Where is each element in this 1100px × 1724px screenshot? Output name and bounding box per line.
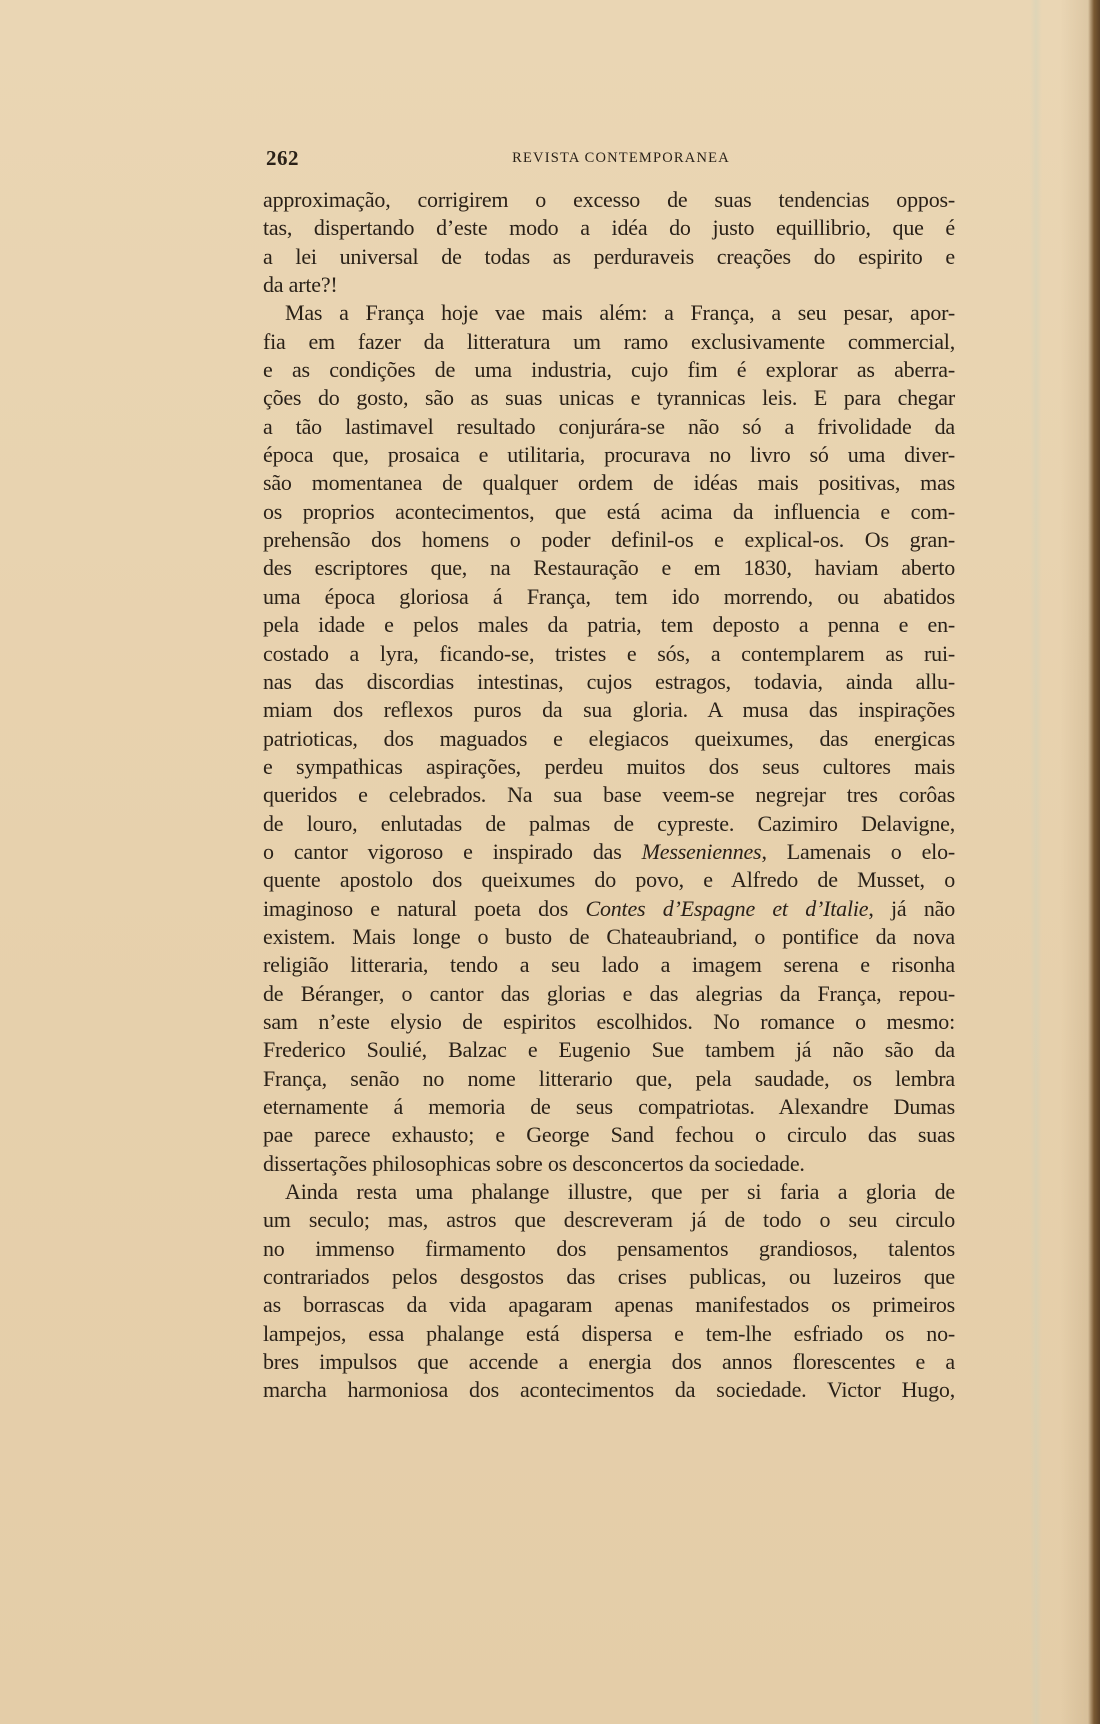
text-line: sam n’este elysio de espiritos escolhido… [263,1008,955,1036]
text-line: da arte?! [263,271,955,299]
page-fold-shadow [1030,0,1042,1724]
text-line: imaginoso e natural poeta dos Contes d’E… [263,895,955,923]
text-line: miam dos reflexos puros da sua gloria. A… [263,696,955,724]
text-line: Frederico Soulié, Balzac e Eugenio Sue t… [263,1036,955,1064]
text-segment: , já não [868,896,955,921]
text-line: de louro, enlutadas de palmas de cyprest… [263,810,955,838]
italic-title: Messeniennes [642,839,762,864]
text-line: a lei universal de todas as perduraveis … [263,243,955,271]
text-line: pela idade e pelos males da patria, tem … [263,611,955,639]
text-line: França, senão no nome litterario que, pe… [263,1065,955,1093]
text-line: lampejos, essa phalange está dispersa e … [263,1320,955,1348]
text-line: Mas a França hoje vae mais além: a Franç… [263,299,955,327]
text-line: approximação, corrigirem o excesso de su… [263,186,955,214]
text-line: marcha harmoniosa dos acontecimentos da … [263,1376,955,1404]
text-line: e sympathicas aspirações, perdeu muitos … [263,753,955,781]
text-line: os proprios acontecimentos, que está aci… [263,498,955,526]
text-line: patrioticas, dos maguados e elegiacos qu… [263,725,955,753]
text-line: quente apostolo dos queixumes do povo, e… [263,866,955,894]
text-line: o cantor vigoroso e inspirado das Messen… [263,838,955,866]
text-segment: o cantor vigoroso e inspirado das [263,839,642,864]
text-line: um seculo; mas, astros que descreveram j… [263,1206,955,1234]
text-line: eternamente á memoria de seus compatriot… [263,1093,955,1121]
text-line: uma época gloriosa á França, tem ido mor… [263,583,955,611]
text-segment: , Lamenais o elo- [761,839,955,864]
text-line: Ainda resta uma phalange illustre, que p… [263,1178,955,1206]
body-text: approximação, corrigirem o excesso de su… [263,186,955,1405]
text-line: religião litteraria, tendo a seu lado a … [263,951,955,979]
text-line: pae parece exhausto; e George Sand fecho… [263,1121,955,1149]
text-line: são momentanea de qualquer ordem de idéa… [263,469,955,497]
text-line: época que, prosaica e utilitaria, procur… [263,441,955,469]
text-line: de Béranger, o cantor das glorias e das … [263,980,955,1008]
italic-title: Contes d’Espagne et d’Italie [585,896,868,921]
text-line: queridos e celebrados. Na sua base veem-… [263,781,955,809]
text-line: e as condições de uma industria, cujo fi… [263,356,955,384]
text-line: fia em fazer da litteratura um ramo excl… [263,328,955,356]
text-line: des escriptores que, na Restauração e em… [263,554,955,582]
text-line: costado a lyra, ficando-se, tristes e só… [263,640,955,668]
text-segment: imaginoso e natural poeta dos [263,896,585,921]
text-line: dissertações philosophicas sobre os desc… [263,1150,955,1178]
text-line: tas, dispertando d’este modo a idéa do j… [263,214,955,242]
text-line: nas das discordias intestinas, cujos est… [263,668,955,696]
text-line: prehensão dos homens o poder definil-os … [263,526,955,554]
text-line: as borrascas da vida apagaram apenas man… [263,1291,955,1319]
text-line: no immenso firmamento dos pensamentos gr… [263,1235,955,1263]
scanned-book-page: 262 REVISTA CONTEMPORANEA approximação, … [0,0,1100,1724]
text-line: bres impulsos que accende a energia dos … [263,1348,955,1376]
text-line: a tão lastimavel resultado conjurára-se … [263,413,955,441]
text-line: existem. Mais longe o busto de Chateaubr… [263,923,955,951]
running-header: 262 REVISTA CONTEMPORANEA [266,146,956,170]
text-line: ções do gosto, são as suas unicas e tyra… [263,384,955,412]
text-line: contrariados pelos desgostos das crises … [263,1263,955,1291]
journal-title: REVISTA CONTEMPORANEA [266,150,956,167]
